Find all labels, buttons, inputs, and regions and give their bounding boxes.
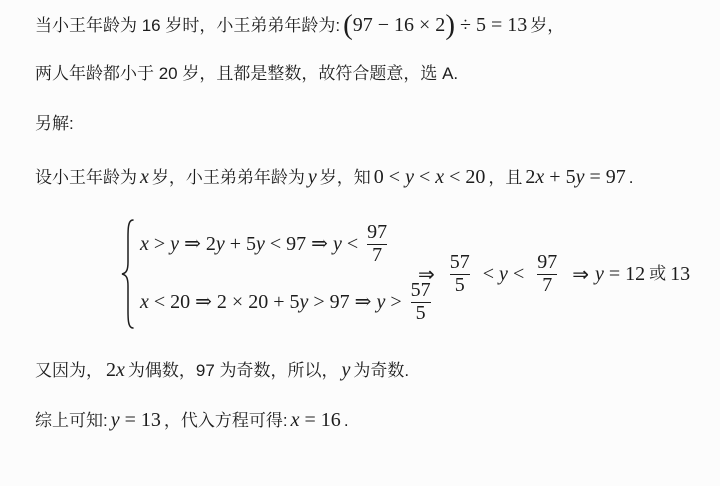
document-page: 当小王年龄为 16 岁时，小王弟弟年龄为:(97 − 16 × 2) ÷ 5 =…: [0, 0, 720, 486]
paragraph-4-seg5: .: [629, 168, 634, 187]
formula-rest: ÷ 5 = 13: [460, 14, 527, 36]
fraction-57-over-5: 575: [445, 252, 475, 296]
formula-inequality-chain: 0 < y < x < 20: [374, 166, 486, 188]
system-row-1: x > y ⇒ 2y + 5y < 97 ⇒ y <977: [140, 218, 396, 270]
system-row-2: x < 20 ⇒ 2 × 20 + 5y > 97 ⇒ y >575: [140, 276, 440, 328]
paragraph-3-text: 另解:: [35, 114, 74, 133]
formula-2x: 2x: [106, 359, 125, 381]
paragraph-1-suffix: 岁，: [530, 16, 564, 35]
paragraph-4-seg2: 岁，小王弟弟年龄为: [152, 168, 305, 187]
paragraph-4-seg3: 岁，知: [320, 168, 371, 187]
paragraph-final-answer: 综上可知:y = 13，代入方程可得:x = 16.: [35, 407, 349, 434]
fraction-numerator: 97: [362, 222, 392, 244]
paragraph-5-seg1: 又因为，: [35, 361, 103, 380]
paragraph-parity-argument: 又因为，2x为偶数，97 为奇数，所以，y为奇数.: [35, 357, 409, 384]
paragraph-solution-age: 当小王年龄为 16 岁时，小王弟弟年龄为:(97 − 16 × 2) ÷ 5 =…: [35, 12, 564, 39]
implies-arrow: ⇒: [418, 261, 435, 288]
paragraph-2-text: 两人年龄都小于 20 岁，且都是整数，故符合题意，选 A.: [35, 64, 458, 83]
fraction-denominator: 7: [367, 244, 387, 267]
paragraph-5-seg2: 为偶数，97 为奇数，所以，: [128, 361, 339, 380]
formula-x-equals-16: x = 16: [291, 409, 341, 431]
paragraph-5-seg3: 为奇数.: [353, 361, 409, 380]
result-value-alt: 13: [670, 261, 690, 288]
var-y: y: [308, 166, 317, 188]
paragraph-6-seg3: .: [344, 411, 349, 430]
fraction-numerator: 57: [445, 252, 475, 274]
var-x: x: [140, 166, 149, 188]
fraction-97-over-7: 977: [362, 222, 392, 266]
paragraph-conclusion-a: 两人年龄都小于 20 岁，且都是整数，故符合题意，选 A.: [35, 63, 458, 86]
result-value-y: y = 12: [595, 261, 645, 288]
var-y: y: [342, 359, 351, 381]
implies-arrow: ⇒: [572, 261, 589, 288]
system-row-1-expression: x > y ⇒ 2y + 5y < 97 ⇒ y <: [140, 231, 358, 258]
formula-linear-equation: 2x + 5y = 97: [525, 166, 625, 188]
system-result: ⇒575< y <977⇒y = 12或13: [416, 247, 690, 301]
fraction-denominator: 5: [411, 302, 431, 325]
paragraph-setup-variables: 设小王年龄为x岁，小王弟弟年龄为y岁，知0 < y < x < 20，且2x +…: [35, 164, 633, 191]
formula-age-calculation: (97 − 16 × 2) ÷ 5 = 13: [343, 14, 527, 36]
paragraph-4-seg4: ，且: [488, 168, 522, 187]
fraction-denominator: 5: [450, 274, 470, 297]
fraction-97-over-7: 977: [532, 252, 562, 296]
formula-y-equals-13: y = 13: [111, 409, 161, 431]
system-row-2-expression: x < 20 ⇒ 2 × 20 + 5y > 97 ⇒ y >: [140, 289, 402, 316]
equation-system: x > y ⇒ 2y + 5y < 97 ⇒ y <977 x < 20 ⇒ 2…: [118, 218, 703, 332]
paragraph-1-text: 当小王年龄为 16 岁时，小王弟弟年龄为:: [35, 16, 340, 35]
fraction-denominator: 7: [537, 274, 557, 297]
paragraph-6-seg2: ，代入方程可得:: [164, 411, 288, 430]
left-brace-icon: [118, 218, 136, 330]
paragraph-alternative-label: 另解:: [35, 113, 74, 136]
result-middle-inequality: < y <: [483, 261, 524, 288]
result-or-text: 或: [649, 263, 666, 286]
fraction-numerator: 97: [532, 252, 562, 274]
paragraph-6-seg1: 综上可知:: [35, 411, 108, 430]
formula-inner: 97 − 16 × 2: [353, 14, 446, 36]
paragraph-4-seg1: 设小王年龄为: [35, 168, 137, 187]
